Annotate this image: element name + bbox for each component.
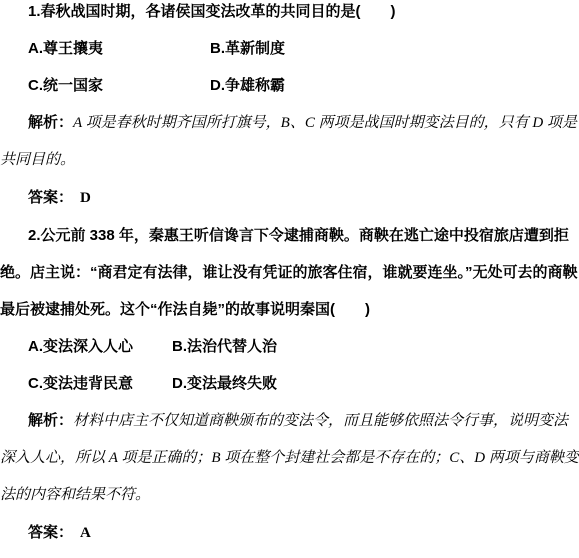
question-1-option-d: D.争雄称霸 xyxy=(210,77,285,94)
question-1-option-c: C.统一国家 xyxy=(28,67,210,104)
question-1-answer: 答案：D xyxy=(0,179,579,217)
question-1-stem: 1.春秋战国时期，各诸侯国变法改革的共同目的是( ) xyxy=(0,0,579,30)
question-2-options-row-2: C.变法违背民意D.变法最终失败 xyxy=(0,365,579,402)
question-2-analysis: 解析：材料中店主不仅知道商鞅颁布的变法令，而且能够依照法令行事，说明变法深入人心… xyxy=(0,402,579,514)
question-2-option-a: A.变法深入人心 xyxy=(28,328,172,365)
analysis-text: 材料中店主不仅知道商鞅颁布的变法令，而且能够依照法令行事，说明变法深入人心，所以… xyxy=(0,413,579,503)
question-2-option-d: D.变法最终失败 xyxy=(172,375,277,392)
question-1-options-row-1: A.尊王攘夷B.革新制度 xyxy=(0,30,579,67)
document-page: 1.春秋战国时期，各诸侯国变法改革的共同目的是( ) A.尊王攘夷B.革新制度 … xyxy=(0,0,579,558)
question-2-option-c: C.变法违背民意 xyxy=(28,365,172,402)
question-1-option-b: B.革新制度 xyxy=(210,40,285,57)
answer-label: 答案： xyxy=(28,189,73,206)
question-2-options-row-1: A.变法深入人心B.法治代替人治 xyxy=(0,328,579,365)
answer-value: D xyxy=(80,190,91,206)
analysis-text: A 项是春秋时期齐国所打旗号，B、C 两项是战国时期变法目的，只有 D 项是共同… xyxy=(0,115,577,168)
analysis-label: 解析： xyxy=(28,412,73,429)
question-2-answer: 答案：A xyxy=(0,514,579,552)
question-1-options-row-2: C.统一国家D.争雄称霸 xyxy=(0,67,579,104)
answer-label: 答案： xyxy=(28,524,73,541)
document-content: 1.春秋战国时期，各诸侯国变法改革的共同目的是( ) A.尊王攘夷B.革新制度 … xyxy=(0,0,579,552)
question-2-stem: 2.公元前 338 年，秦惠王听信谗言下令逮捕商鞅。商鞅在逃亡途中投宿旅店遭到拒… xyxy=(0,217,579,328)
question-1-option-a: A.尊王攘夷 xyxy=(28,30,210,67)
answer-value: A xyxy=(80,525,91,541)
question-2-option-b: B.法治代替人治 xyxy=(172,338,277,355)
question-1-analysis: 解析：A 项是春秋时期齐国所打旗号，B、C 两项是战国时期变法目的，只有 D 项… xyxy=(0,104,579,179)
analysis-label: 解析： xyxy=(28,114,73,131)
